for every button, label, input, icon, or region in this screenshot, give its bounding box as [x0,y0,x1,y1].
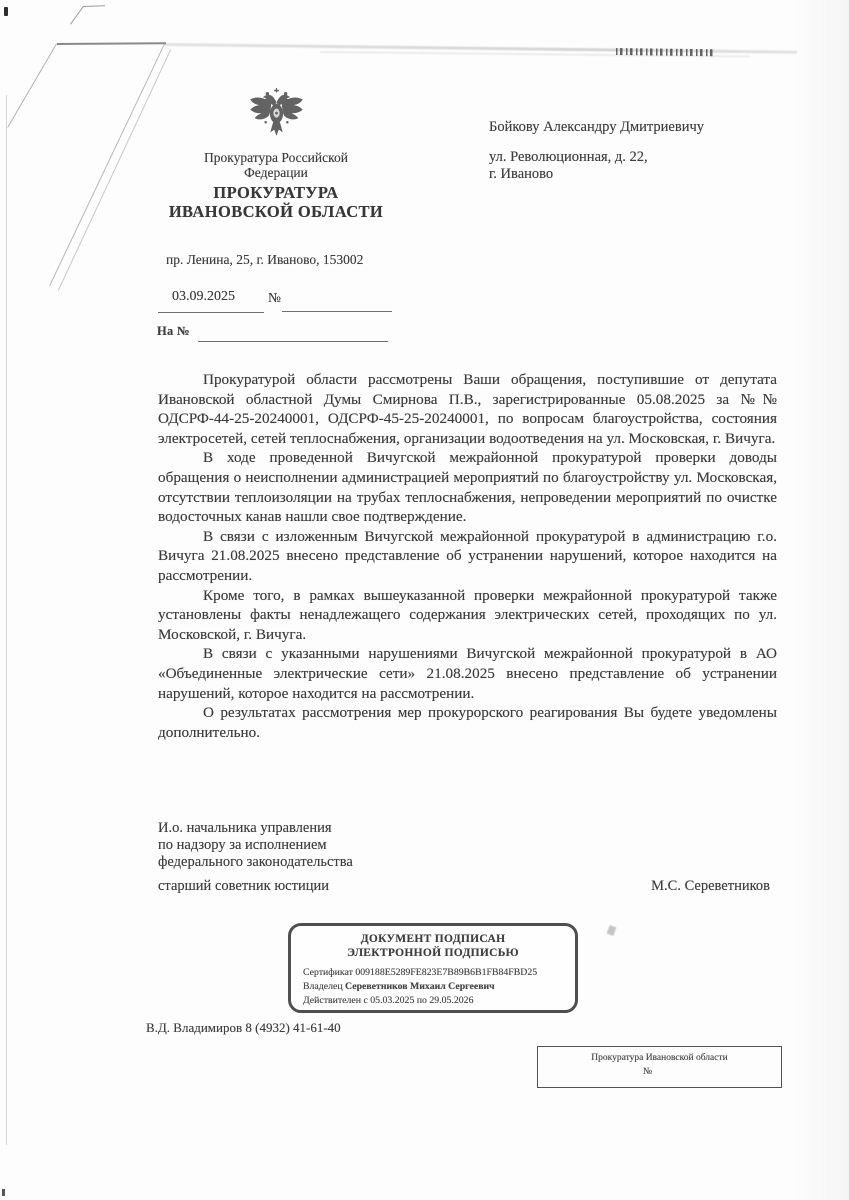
signature-position-line3: федерального законодательства [158,854,353,871]
letter-date: 03.09.2025 [172,289,235,305]
scanned-letter-page: Прокуратура Российской Федерации ПРОКУРА… [0,0,849,1200]
body-paragraph-3: В связи с изложенным Вичугской межрайонн… [158,527,777,586]
scan-artifact-streak [57,42,166,44]
scan-artifact-fold-line [58,50,171,292]
registration-stamp-org: Прокуратура Ивановской области [538,1053,781,1063]
body-paragraph-1: Прокуратурой области рассмотрены Ваши об… [158,370,777,448]
esignature-stamp: ДОКУМЕНТ ПОДПИСАН ЭЛЕКТРОННОЙ ПОДПИСЬЮ С… [288,923,578,1013]
body-paragraph-6: О результатах рассмотрения мер прокурорс… [158,703,777,742]
stamp-validity: Действителен с 05.03.2025 по 29.05.2026 [303,994,575,1008]
scan-artifact-streak [165,43,797,53]
scan-artifact-fold-corner [70,6,84,25]
signature-row: старший советник юстиции М.С. Сереветник… [158,878,770,895]
scan-artifact-fold-line [7,43,57,127]
body-paragraph-2: В ходе проведенной Вичугской межрайонной… [158,448,777,526]
scan-artifact-fold-corner [83,5,105,7]
scan-artifact-barcode [616,48,715,56]
scan-artifact-edge-shade [791,0,849,1200]
signature-position-line2: по надзору за исполнением [158,837,353,854]
letterhead: Прокуратура Российской Федерации ПРОКУРА… [160,88,392,221]
org-name-line2: ИВАНОВСКОЙ ОБЛАСТИ [160,203,392,222]
signature-position: И.о. начальника управления по надзору за… [158,820,353,872]
recipient-address-line2: г. Иваново [489,166,789,183]
stamp-title-line2: ЭЛЕКТРОННОЙ ПОДПИСЬЮ [291,947,575,961]
recipient-name: Бойкову Александру Дмитриевичу [489,119,789,136]
date-underline [158,312,264,313]
org-parent-line1: Прокуратура Российской [160,150,392,165]
incoming-number-label: На № [157,324,190,339]
scan-artifact-fold-line [49,44,165,287]
scan-artifact-smudge [607,925,617,936]
body-paragraph-4: Кроме того, в рамках вышеуказанной прове… [158,586,777,645]
recipient-address-line1: ул. Революционная, д. 22, [489,149,789,166]
letterhead-address: пр. Ленина, 25, г. Иваново, 153002 [166,252,363,268]
org-parent-line2: Федерации [160,165,392,180]
body-paragraph-5: В связи с указанными нарушениями Вичугск… [158,644,777,703]
incoming-number-underline [198,341,388,342]
scan-artifact-streak [320,51,750,57]
recipient-block: Бойкову Александру Дмитриевичу ул. Револ… [489,119,789,183]
signature-rank: старший советник юстиции [158,878,329,895]
signature-position-line1: И.о. начальника управления [158,820,353,837]
double-headed-eagle-icon [248,88,305,145]
scan-artifact-corner-mark [4,7,8,16]
registration-stamp: Прокуратура Ивановской области № [537,1046,782,1088]
org-name-line1: ПРОКУРАТУРА [160,184,392,203]
stamp-owner: Владелец Сереветников Михаил Сергеевич [303,980,575,994]
letter-number-label: № [268,290,281,306]
number-underline [282,311,392,312]
stamp-title-line1: ДОКУМЕНТ ПОДПИСАН [291,933,575,947]
signature-name: М.С. Сереветников [651,878,770,895]
executor-contact: В.Д. Владимиров 8 (4932) 41-61-40 [146,1020,341,1036]
coat-of-arms-emblem [160,88,392,146]
scan-artifact-left-line [6,95,7,1145]
stamp-certificate: Сертификат 009188E5289FE823E7B89B6B1FB84… [303,966,575,980]
scan-artifact-bottom-mark [2,1189,5,1196]
letter-body: Прокуратурой области рассмотрены Ваши об… [158,370,777,742]
registration-stamp-number-label: № [526,1067,769,1077]
